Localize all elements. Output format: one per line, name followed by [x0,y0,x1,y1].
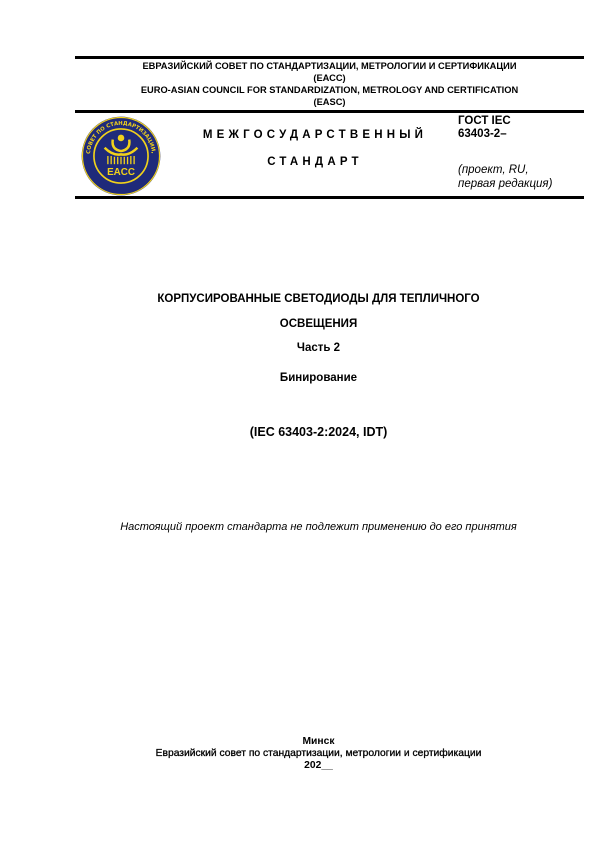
draft-note-line1: (проект, RU, [458,164,529,177]
draft-note-line2: первая редакция) [458,178,552,191]
council-name-ru: ЕВРАЗИЙСКИЙ СОВЕТ ПО СТАНДАРТИЗАЦИИ, МЕТ… [75,61,584,84]
header-divider [75,110,584,113]
standard-type-line1: МЕЖГОСУДАРСТВЕННЫЙ [190,129,440,141]
document-subtitle: Бинирование [0,372,595,384]
designation-line2: 63403-2– [458,128,507,141]
council-abbr-en: (EASC) [75,97,584,109]
standard-type-line2: СТАНДАРТ [190,156,440,168]
footer-city: Минск [0,736,595,748]
iec-reference: (IEC 63403-2:2024, IDT) [0,425,595,439]
draft-notice: Настоящий проект стандарта не подлежит п… [0,521,595,533]
designation-line1: ГОСТ IEC [458,115,511,128]
council-name-en-text: EURO-ASIAN COUNCIL FOR STANDARDIZATION, … [75,85,584,97]
footer-publisher: Евразийский совет по стандартизации, мет… [0,748,595,760]
footer-year: 202__ [0,760,595,772]
document-part: Часть 2 [0,342,595,354]
document-title-line1: КОРПУСИРОВАННЫЕ СВЕТОДИОДЫ ДЛЯ ТЕПЛИЧНОГ… [0,293,595,305]
council-name-ru-text: ЕВРАЗИЙСКИЙ СОВЕТ ПО СТАНДАРТИЗАЦИИ, МЕТ… [75,61,584,73]
council-abbr-ru: (ЕАСС) [75,73,584,85]
council-name-en: EURO-ASIAN COUNCIL FOR STANDARDIZATION, … [75,85,584,108]
top-rule [75,56,584,59]
easc-logo-icon: СОВЕТ ПО СТАНДАРТИЗАЦИИ, МЕТРОЛОГИИ EACC [80,115,162,197]
header-bottom-rule [75,196,584,199]
document-title-line2: ОСВЕЩЕНИЯ [0,318,595,330]
svg-text:EACC: EACC [107,167,135,178]
